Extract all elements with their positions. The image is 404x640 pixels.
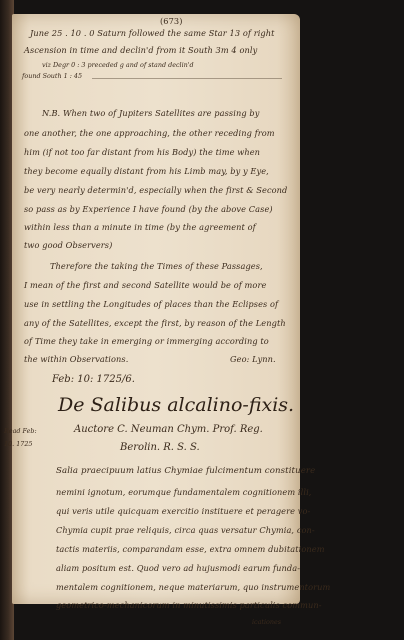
latin-line-6: aliam positum est. Quod vero ad hujusmod… (56, 563, 300, 573)
therefore-line-6: the within Observations. (24, 354, 128, 364)
header-line-3: viz Degr 0 : 3 preceded g and of stand d… (42, 61, 194, 69)
latin-line-7: mentalem cognitionem, neque materiarum, … (56, 582, 330, 592)
page-number: (673) (160, 16, 183, 26)
therefore-line-1: Therefore the taking the Times of these … (50, 261, 263, 271)
nb-line-5: be very nearly determin'd, especially wh… (24, 185, 287, 195)
nb-line-3: him (if not too far distant from his Bod… (24, 147, 260, 157)
latin-line-4: Chymia cupit prae reliquis, circa quas v… (56, 525, 315, 535)
therefore-line-3: use in settling the Longitudes of places… (24, 299, 278, 309)
signature: Geo: Lynn. (230, 354, 276, 364)
therefore-line-4: any of the Satellites, except the first,… (24, 318, 286, 328)
divider-rule (92, 78, 282, 79)
page-content: (673) June 25 . 10 . 0 Saturn followed t… (12, 14, 324, 604)
nb-line-2: one another, the one approaching, the ot… (24, 128, 275, 138)
latin-line-1: Salia praecipuum latius Chymiae fulcimen… (56, 466, 315, 476)
header-line-4: found South 1 : 45 (22, 72, 82, 80)
nb-line-7: within less than a minute in time (by th… (24, 222, 256, 232)
author-line-2: Berolin. R. S. S. (120, 442, 200, 453)
nb-line-1: N.B. When two of Jupiters Satellites are… (42, 108, 259, 118)
latin-line-8: geometrico-mechanicorum in minutissimis … (56, 600, 322, 610)
nb-line-6: so pass as by Experience I have found (b… (24, 204, 273, 214)
author-line-1: Auctore C. Neuman Chym. Prof. Reg. (74, 424, 263, 435)
header-line-2: Ascension in time and declin'd from it S… (24, 45, 257, 55)
therefore-line-2: I mean of the first and second Satellite… (24, 280, 266, 290)
margin-note-2: 10. 1725 (4, 440, 32, 448)
catchword: icationes (252, 618, 281, 626)
latin-line-2: nemini ignotum, eorumque fundamentalem c… (56, 487, 312, 497)
nb-line-4: they become equally distant from his Lim… (24, 166, 269, 176)
latin-line-3: qui veris utile quicquam exercitio insti… (56, 506, 310, 516)
nb-line-8: two good Observers) (24, 240, 112, 250)
therefore-line-5: of Time they take in emerging or immergi… (24, 336, 269, 346)
treatise-title: De Salibus alcalino-fixis. (58, 394, 294, 416)
entry-date: Feb: 10: 1725/6. (52, 374, 135, 385)
header-line-1: June 25 . 10 . 0 Saturn followed the sam… (30, 28, 275, 38)
margin-note-1: Read Feb: (4, 427, 37, 435)
latin-line-5: tactis materiis, comparandam esse, extra… (56, 544, 325, 554)
